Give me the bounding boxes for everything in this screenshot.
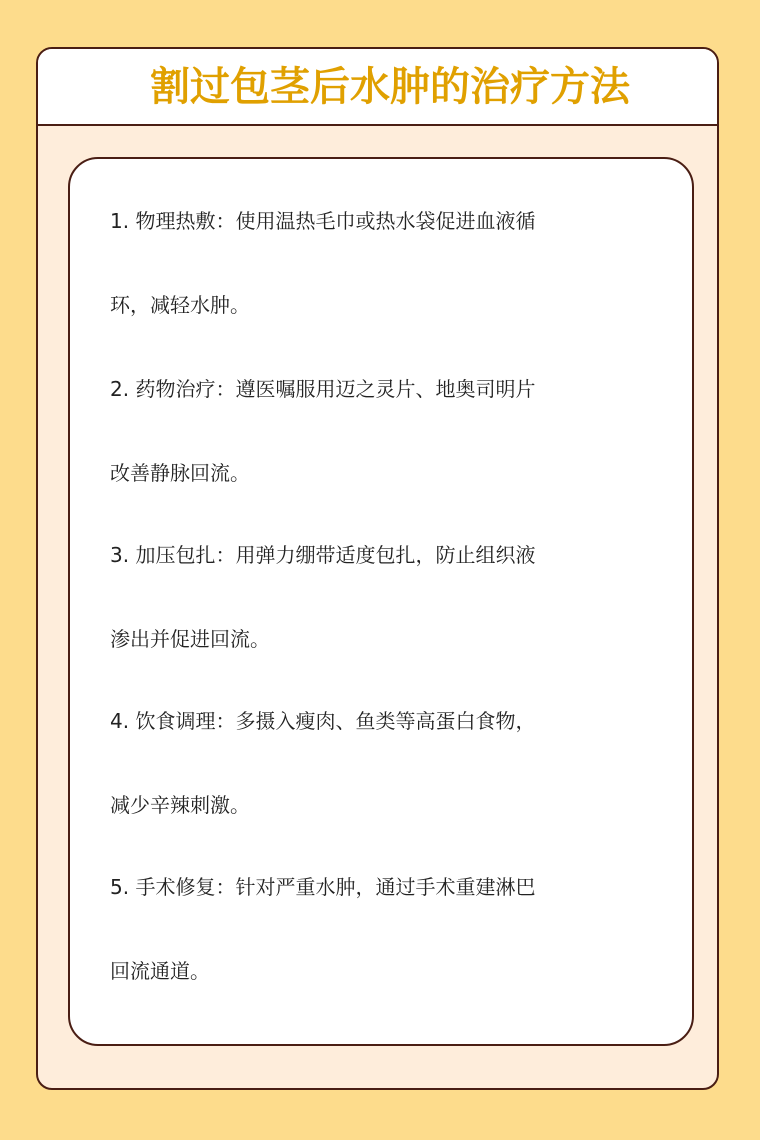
item-2-line-2: 改善静脉回流。 [110, 459, 250, 487]
item-1-line-1: 1. 物理热敷：使用温热毛巾或热水袋促进血液循 [110, 207, 535, 235]
content-card: 1. 物理热敷：使用温热毛巾或热水袋促进血液循 环，减轻水肿。 2. 药物治疗：… [68, 157, 694, 1046]
item-4-line-1: 4. 饮食调理：多摄入瘦肉、鱼类等高蛋白食物， [110, 707, 535, 735]
item-3-line-1: 3. 加压包扎：用弹力绷带适度包扎，防止组织液 [110, 541, 535, 569]
item-3-line-2: 渗出并促进回流。 [110, 625, 270, 653]
item-5-line-2: 回流通道。 [110, 957, 210, 985]
header: 割过包茎后水肿的治疗方法 [38, 49, 717, 126]
item-5-line-1: 5. 手术修复：针对严重水肿，通过手术重建淋巴 [110, 873, 535, 901]
item-2-line-1: 2. 药物治疗：遵医嘱服用迈之灵片、地奥司明片 [110, 375, 535, 403]
item-4-line-2: 减少辛辣刺激。 [110, 791, 250, 819]
page-title: 割过包茎后水肿的治疗方法 [150, 63, 630, 111]
item-1-line-2: 环，减轻水肿。 [110, 291, 250, 319]
